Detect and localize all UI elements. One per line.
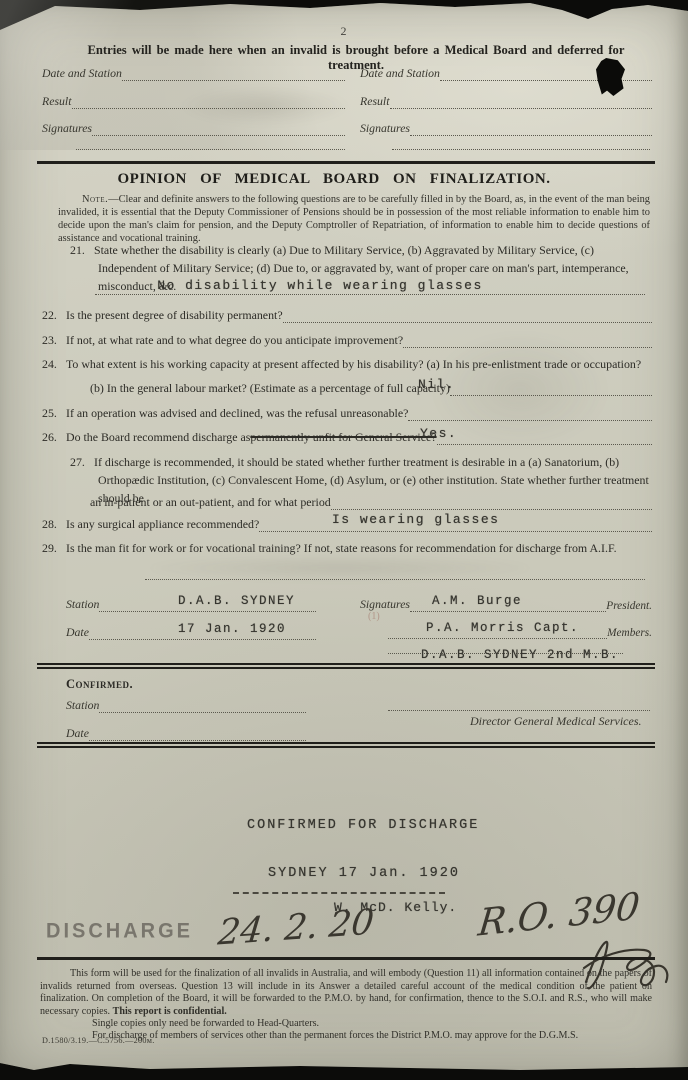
deferred-left-signatures-row: Signatures: [42, 121, 345, 136]
note-body: —Clear and definite answers to the follo…: [58, 194, 650, 244]
blank-line: [99, 699, 306, 713]
typed-answer-q26: Yes.: [420, 426, 457, 441]
deferred-left-date-station-row: Date and Station: [42, 66, 345, 81]
date-station-label: Date and Station: [360, 66, 440, 81]
footer-line2: Single copies only need be forwarded to …: [92, 1018, 319, 1029]
question-number: 23.: [42, 333, 66, 348]
deferred-right-signatures-row: Signatures: [360, 121, 652, 136]
scanned-form-page: 2 Entries will be made here when an inva…: [0, 0, 688, 1080]
question-27-period: an in-patient or an out-patient, and for…: [90, 495, 652, 510]
result-label: Result: [42, 94, 72, 109]
question-number: 26.: [42, 430, 66, 445]
confirmed-heading: Confirmed.: [66, 677, 133, 692]
discharge-stamp: DISCHARGE: [46, 919, 193, 943]
typed-president-name: A.M. Burge: [432, 594, 522, 608]
struck-question-text: permanently unfit for General Service?: [250, 430, 436, 445]
result-label: Result: [360, 94, 390, 109]
answer-line: [283, 309, 652, 323]
deferred-right-result-row: Result: [360, 94, 652, 109]
deferred-left-result-row: Result: [42, 94, 345, 109]
station-label: Station: [66, 698, 99, 713]
question-24b: (b) In the general labour market? (Estim…: [90, 381, 652, 396]
typed-member1-name: P.A. Morris Capt.: [426, 621, 579, 635]
answer-line: [145, 566, 645, 580]
confirmed-station-row: Station: [66, 698, 306, 713]
question-number: 25.: [42, 406, 66, 421]
typed-station-value: D.A.B. SYDNEY: [178, 594, 295, 608]
typed-date-value: 17 Jan. 1920: [178, 622, 286, 636]
confirmed-date-row: Date: [66, 726, 306, 741]
question-25: 25.If an operation was advised and decli…: [42, 406, 652, 421]
dgms-signature-line: [388, 697, 650, 711]
blank-line: [92, 122, 345, 136]
question-number: 27.: [70, 454, 94, 472]
question-text: Is the present degree of disability perm…: [66, 308, 283, 323]
question-26: 26.Do the Board recommend discharge as p…: [42, 430, 652, 445]
answer-line: [403, 334, 652, 348]
footer-paragraph: This form will be used for the finalizat…: [40, 968, 652, 1019]
question-text: If an operation was advised and declined…: [66, 406, 408, 421]
typed-place-date: SYDNEY 17 Jan. 1920: [268, 866, 460, 881]
blank-line: [392, 136, 650, 150]
question-number: 22.: [42, 308, 66, 323]
blank-line: [390, 95, 653, 109]
answer-line: [450, 382, 652, 396]
typed-answer-q21: No disability while wearing glasses: [120, 278, 520, 293]
footer-line3: For discharge of members of services oth…: [92, 1030, 578, 1041]
question-number: 29.: [42, 541, 66, 556]
answer-line: [408, 407, 652, 421]
blank-line: [410, 122, 652, 136]
page-number: 2: [0, 24, 688, 39]
footer-rule: [37, 957, 655, 960]
question-number: 24.: [42, 357, 66, 372]
question-23: 23.If not, at what rate and to what degr…: [42, 333, 652, 348]
typed-answer-q28: Is wearing glasses: [332, 512, 499, 527]
typed-dashed-line: [233, 884, 445, 894]
signatures-label: Signatures: [42, 121, 92, 136]
note-label: Note.: [82, 194, 108, 205]
signatures-label: Signatures: [360, 597, 410, 612]
president-label: President.: [606, 600, 652, 612]
opinion-note: Note.—Clear and definite answers to the …: [58, 194, 650, 246]
section-rule: [37, 161, 655, 164]
signatures-label: Signatures: [360, 121, 410, 136]
question-subtext: (b) In the general labour market? (Estim…: [90, 381, 450, 396]
question-24: 24.To what extent is his working capacit…: [42, 357, 652, 372]
question-text: Is the man fit for work or for vocationa…: [66, 541, 617, 556]
dgms-label: Director General Medical Services.: [470, 714, 642, 729]
typed-member2-name: D.A.B. SYDNEY 2nd M.B.: [421, 648, 619, 662]
question-29: 29.Is the man fit for work or for vocati…: [42, 541, 652, 556]
question-subtext: an in-patient or an out-patient, and for…: [90, 495, 331, 510]
section-rule: [37, 742, 655, 748]
section-rule: [37, 663, 655, 669]
date-station-label: Date and Station: [42, 66, 122, 81]
blank-line: [76, 136, 345, 150]
opinion-section-title: OPINION OF MEDICAL BOARD ON FINALIZATION…: [0, 171, 668, 188]
question-text: Do the Board recommend discharge as: [66, 430, 250, 445]
answer-line: [437, 431, 652, 445]
question-text: To what extent is his working capacity a…: [66, 357, 641, 372]
typed-answer-q24: Nil.: [418, 377, 455, 392]
question-text: Is any surgical appliance recommended?: [66, 517, 259, 532]
answer-line: [331, 496, 652, 510]
date-label: Date: [66, 625, 89, 640]
footer-confidential: This report is confidential.: [113, 1006, 227, 1017]
typed-confirmed-for-discharge: CONFIRMED FOR DISCHARGE: [247, 818, 479, 833]
date-label: Date: [66, 726, 89, 741]
members-label: Members.: [607, 627, 652, 639]
question-22: 22.Is the present degree of disability p…: [42, 308, 652, 323]
station-label: Station: [66, 597, 99, 612]
blank-line: [122, 67, 345, 81]
question-text: If not, at what rate and to what degree …: [66, 333, 403, 348]
blank-line: [89, 727, 306, 741]
signatures-footnote: (1): [368, 611, 380, 622]
blank-line: [72, 95, 346, 109]
question-number: 28.: [42, 517, 66, 532]
question-number: 21.: [70, 242, 94, 260]
form-code: D.1580/3.19.—C.5756.—200ᴍ.: [42, 1036, 155, 1045]
